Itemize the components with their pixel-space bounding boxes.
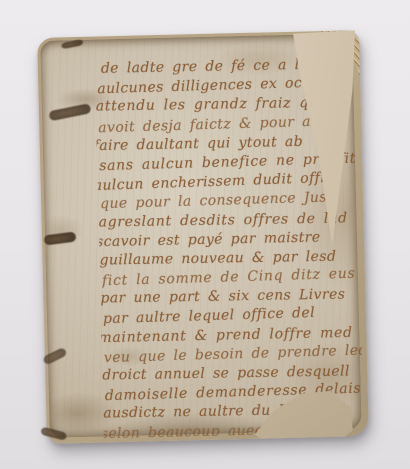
handwritten-text: de ladte gre de fé ce a l. d. st aulcune… [95,54,364,438]
manuscript-book: de ladte gre de fé ce a l. d. st aulcune… [37,30,369,444]
photo-background: de ladte gre de fé ce a l. d. st aulcune… [0,0,410,469]
vellum-cover: de ladte gre de fé ce a l. d. st aulcune… [40,33,362,438]
